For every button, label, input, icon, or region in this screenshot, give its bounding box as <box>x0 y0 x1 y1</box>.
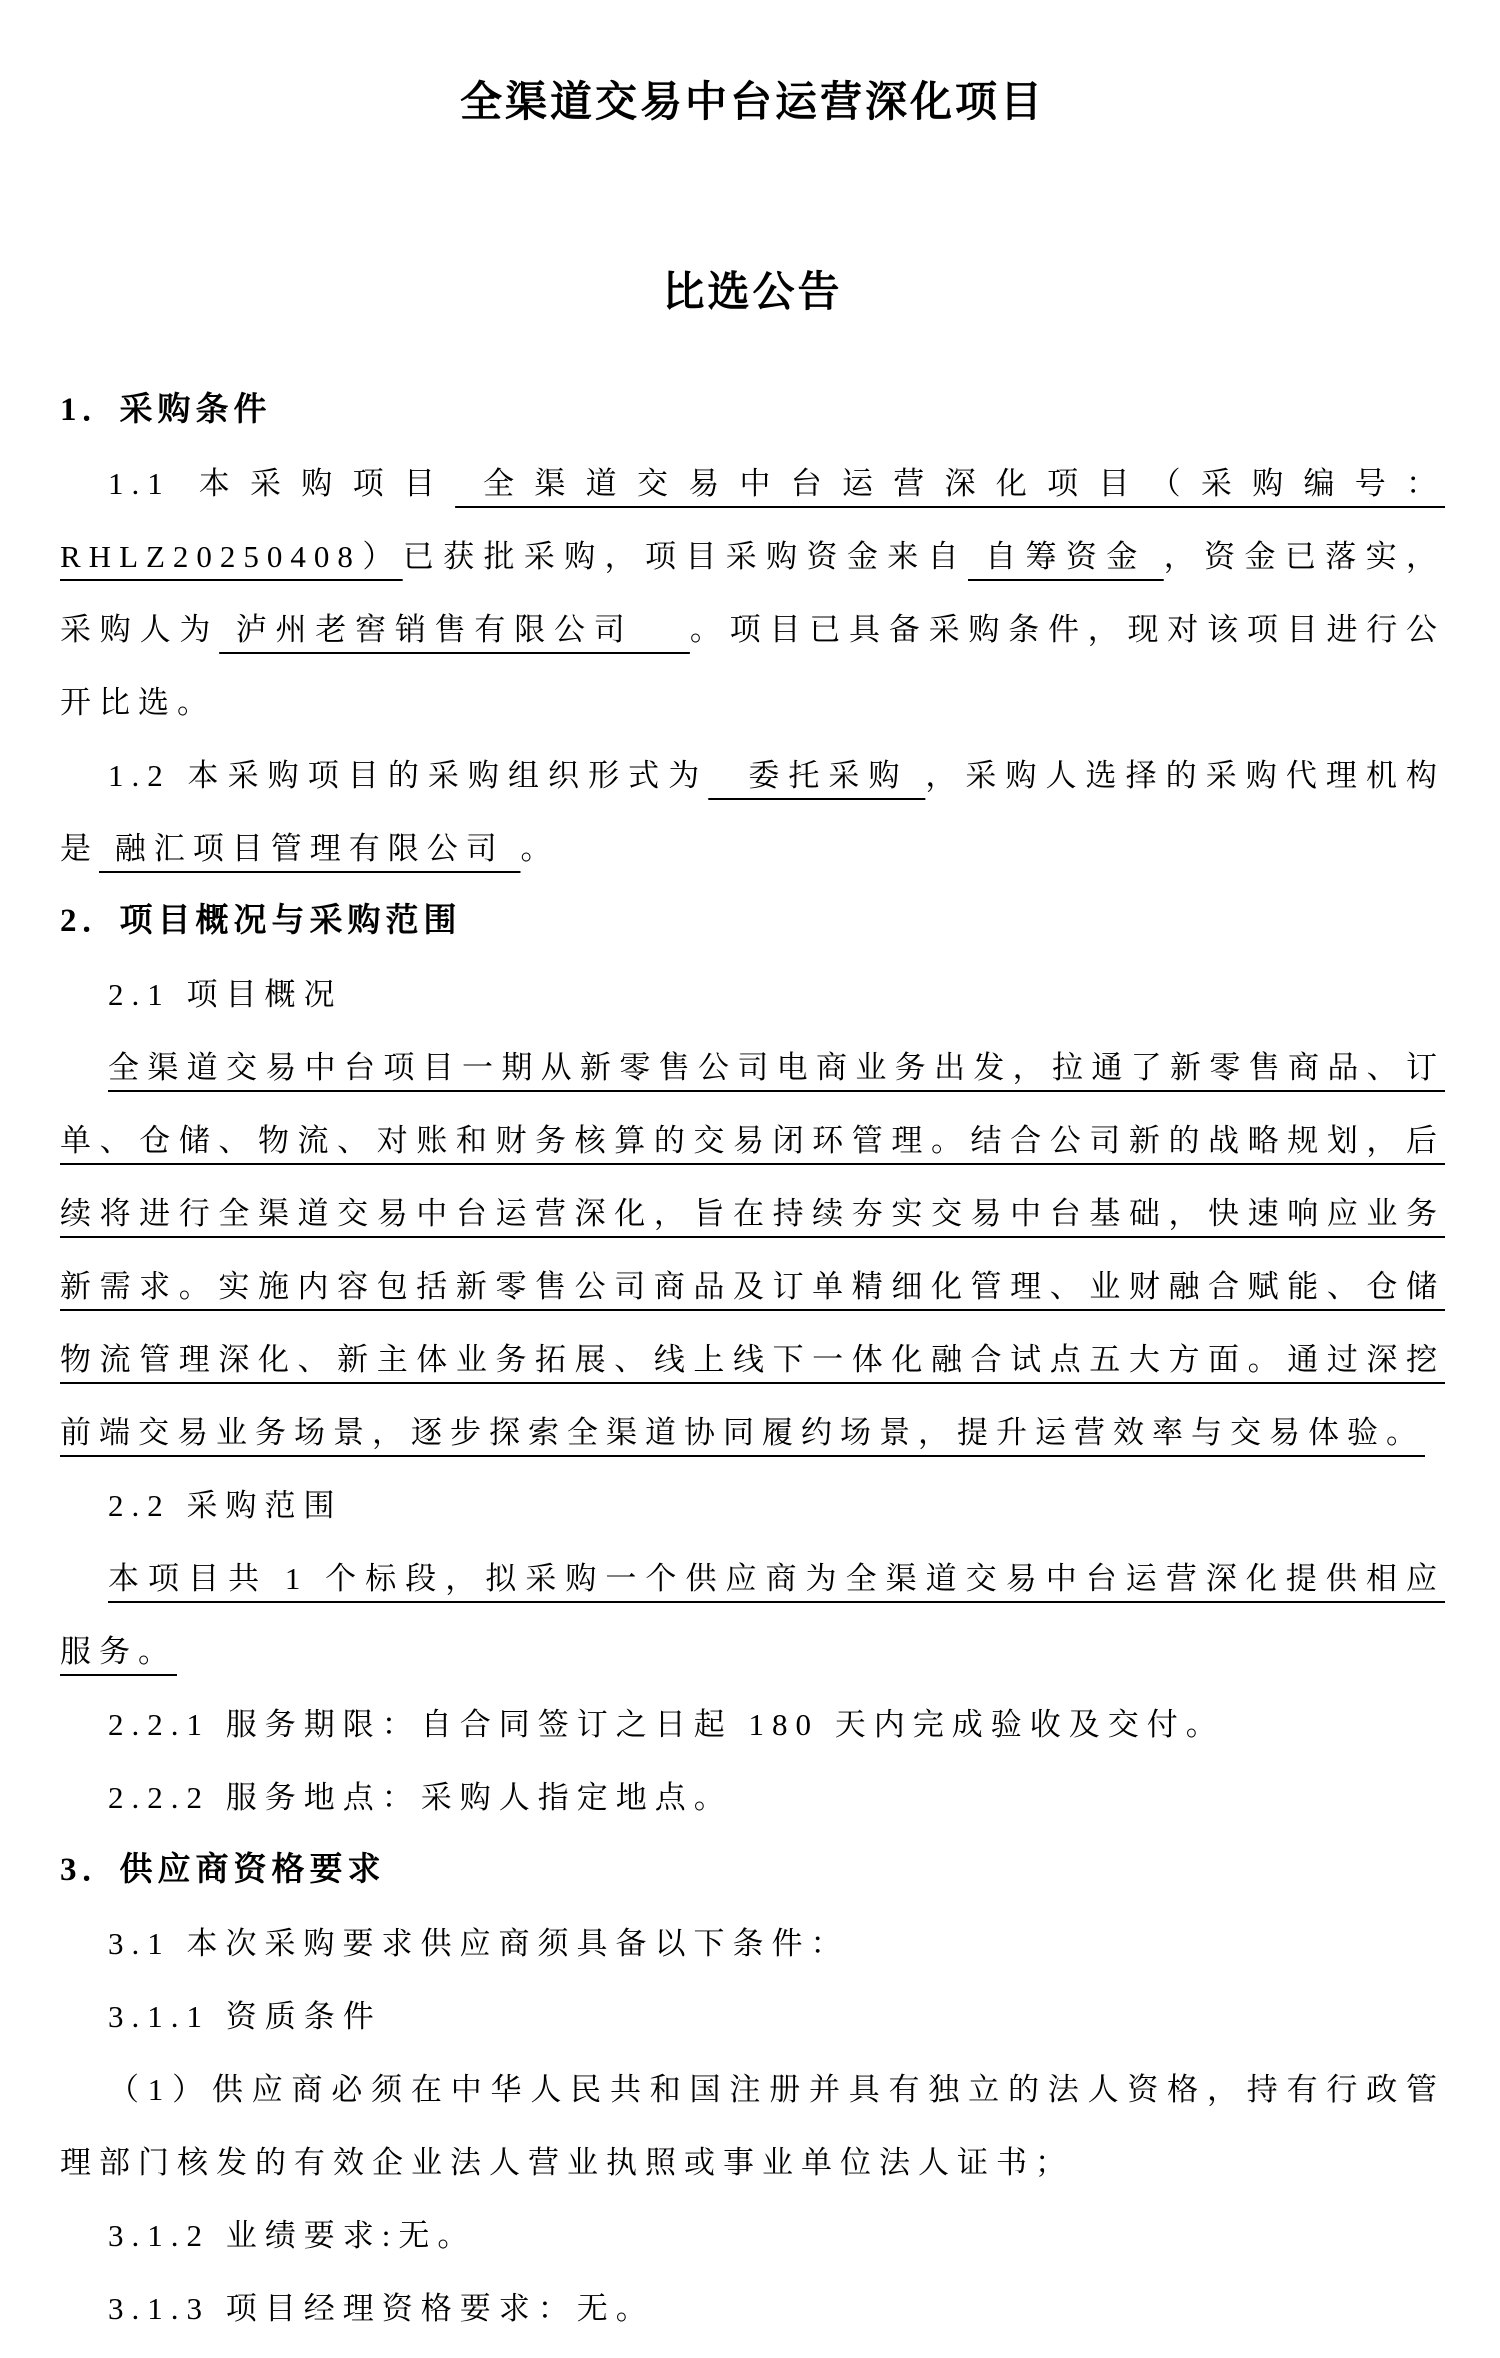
text-run: 。 <box>521 831 560 866</box>
underlined-text-run: 泸州老窖销售有限公司 <box>219 612 690 647</box>
text-run: 已获批采购，项目采购资金来自 <box>403 539 968 574</box>
clause-1-1: 1.1 本采购项目 全渠道交易中台运营深化项目（采购编号：RHLZ2025040… <box>60 447 1445 739</box>
document-subtitle: 比选公告 <box>60 268 1445 318</box>
underlined-text-run: 本项目共 1 个标段，拟采购一个供应商为全渠道交易中台运营深化提供相应服务。 <box>60 1561 1445 1669</box>
project-overview: 全渠道交易中台项目一期从新零售公司电商业务出发，拉通了新零售商品、订单、仓储、物… <box>60 1031 1445 1469</box>
underlined-text-run: 自筹资金 <box>968 539 1164 574</box>
document-title: 全渠道交易中台运营深化项目 <box>60 78 1445 128</box>
section-2-heading: 2．项目概况与采购范围 <box>60 885 1445 958</box>
qualification-item-1: （1）供应商必须在中华人民共和国注册并具有独立的法人资格，持有行政管理部门核发的… <box>60 2053 1445 2199</box>
clause-2-1-title: 2.1 项目概况 <box>60 958 1445 1031</box>
section-3-heading: 3．供应商资格要求 <box>60 1834 1445 1907</box>
clause-3-1-2: 3.1.2 业绩要求:无。 <box>60 2199 1445 2272</box>
underlined-text-run: 委托采购 <box>708 758 925 793</box>
document-page: 全渠道交易中台运营深化项目 比选公告 1．采购条件1.1 本采购项目 全渠道交易… <box>0 0 1500 2358</box>
text-run: 3.1.2 业绩要求:无。 <box>108 2218 476 2253</box>
text-run: 2.1 项目概况 <box>108 977 343 1012</box>
clause-3-1: 3.1 本次采购要求供应商须具备以下条件： <box>60 1907 1445 1980</box>
text-run: 3.1.1 资质条件 <box>108 1999 382 2034</box>
text-run: 2.2.1 服务期限：自合同签订之日起 180 天内完成验收及交付。 <box>108 1707 1225 1742</box>
clause-2-2-1: 2.2.1 服务期限：自合同签订之日起 180 天内完成验收及交付。 <box>60 1688 1445 1761</box>
clause-2-2-2: 2.2.2 服务地点：采购人指定地点。 <box>60 1761 1445 1834</box>
clause-3-1-3: 3.1.3 项目经理资格要求：无。 <box>60 2272 1445 2345</box>
procurement-scope: 本项目共 1 个标段，拟采购一个供应商为全渠道交易中台运营深化提供相应服务。 <box>60 1542 1445 1688</box>
underlined-text-run: 全渠道交易中台项目一期从新零售公司电商业务出发，拉通了新零售商品、订单、仓储、物… <box>60 1050 1445 1450</box>
text-run: 3.1 本次采购要求供应商须具备以下条件： <box>108 1926 850 1961</box>
clause-2-2-title: 2.2 采购范围 <box>60 1469 1445 1542</box>
text-run: 1.1 本采购项目 <box>108 466 455 501</box>
underlined-text-run: 融汇项目管理有限公司 <box>99 831 521 866</box>
text-run: 3.1.3 项目经理资格要求：无。 <box>108 2291 655 2326</box>
clause-3-1-1: 3.1.1 资质条件 <box>60 1980 1445 2053</box>
text-run: （1）供应商必须在中华人民共和国注册并具有独立的法人资格，持有行政管理部门核发的… <box>60 2072 1445 2180</box>
text-run: 1.2 本采购项目的采购组织形式为 <box>108 758 708 793</box>
text-run: 2.2 采购范围 <box>108 1488 343 1523</box>
document-body: 1．采购条件1.1 本采购项目 全渠道交易中台运营深化项目（采购编号：RHLZ2… <box>60 374 1445 2345</box>
clause-1-2: 1.2 本采购项目的采购组织形式为 委托采购 ，采购人选择的采购代理机构是 融汇… <box>60 739 1445 885</box>
section-1-heading: 1．采购条件 <box>60 374 1445 447</box>
text-run: 2.2.2 服务地点：采购人指定地点。 <box>108 1780 733 1815</box>
